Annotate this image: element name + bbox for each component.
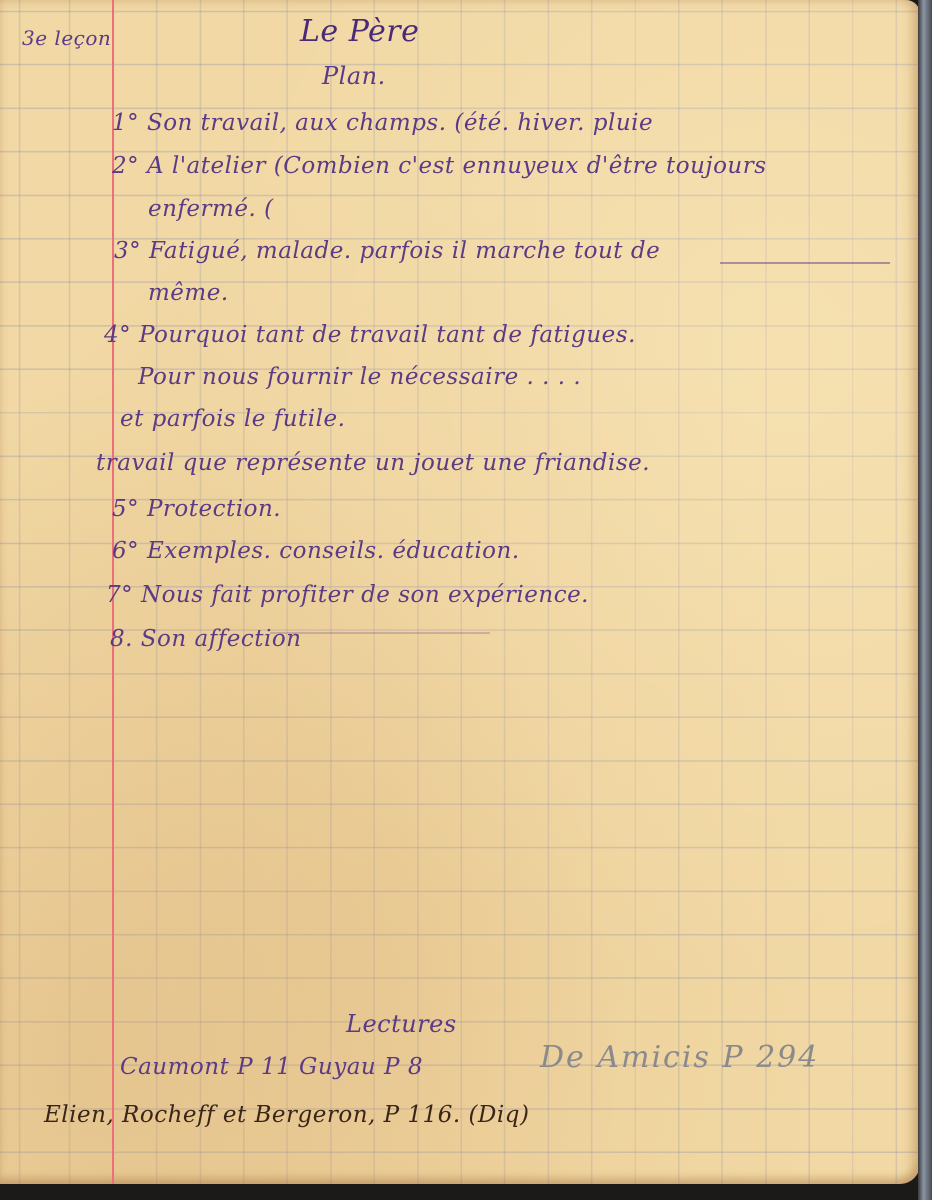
item-text: Pour nous fournir le nécessaire . . . . (138, 364, 581, 390)
item-text: enfermé. ( (148, 196, 274, 222)
notebook-page: 3e leçon Le Père Plan. 1° Son travail, a… (0, 0, 920, 1184)
item-text: Fatigué, malade. parfois il marche tout … (149, 238, 660, 264)
item-text: Son affection (141, 626, 302, 652)
item-text: Pourquoi tant de travail tant de fatigue… (139, 322, 636, 348)
plan-item-2: 2° A l'atelier (Combien c'est ennuyeux d… (112, 153, 767, 179)
readings-heading: Lectures (346, 1010, 457, 1038)
item-number: 3° (114, 238, 141, 264)
readings-line-1: Caumont P 11 Guyau P 8 (120, 1054, 423, 1080)
item-number: 7° (106, 582, 133, 608)
item-text: Nous fait profiter de son expérience. (141, 582, 589, 608)
plan-item-8: 8. Son affection (110, 626, 301, 652)
item-text: même. (148, 280, 229, 306)
plan-item-4-cont-3: travail que représente un jouet une fria… (96, 450, 650, 476)
page-title: Le Père (300, 14, 419, 49)
plan-item-6: 6° Exemples. conseils. éducation. (112, 538, 520, 564)
item-text: A l'atelier (Combien c'est ennuyeux d'êt… (147, 153, 767, 179)
plan-item-3: 3° Fatigué, malade. parfois il marche to… (114, 238, 660, 264)
plan-item-1: 1° Son travail, aux champs. (été. hiver.… (112, 110, 653, 136)
item-number: 6° (112, 538, 139, 564)
item-number: 8. (110, 626, 133, 652)
notebook-spine (918, 0, 932, 1200)
plan-item-4: 4° Pourquoi tant de travail tant de fati… (104, 322, 636, 348)
item-number: 4° (104, 322, 131, 348)
plan-heading: Plan. (322, 62, 386, 90)
item-number: 5° (112, 496, 139, 522)
item-text: travail que représente un jouet une fria… (96, 450, 650, 476)
plan-item-4-cont-2: et parfois le futile. (120, 406, 345, 432)
plan-item-4-cont-1: Pour nous fournir le nécessaire . . . . (138, 364, 581, 390)
item-text: Protection. (147, 496, 281, 522)
readings-line-2: Elien, Rocheff et Bergeron, P 116. (Diq) (44, 1102, 529, 1128)
ink-stroke (270, 632, 490, 634)
readings-pencil-note: De Amicis P 294 (540, 1040, 819, 1075)
lesson-label: 3e leçon (22, 26, 111, 50)
item-text: et parfois le futile. (120, 406, 345, 432)
plan-item-2-cont: enfermé. ( (148, 196, 274, 222)
item-text: Exemples. conseils. éducation. (147, 538, 520, 564)
plan-item-7: 7° Nous fait profiter de son expérience. (106, 582, 589, 608)
item-number: 2° (112, 153, 139, 179)
plan-item-5: 5° Protection. (112, 496, 281, 522)
ink-stroke (720, 262, 890, 264)
item-number: 1° (112, 110, 139, 136)
plan-item-3-cont: même. (148, 280, 229, 306)
item-text: Son travail, aux champs. (été. hiver. pl… (147, 110, 653, 136)
